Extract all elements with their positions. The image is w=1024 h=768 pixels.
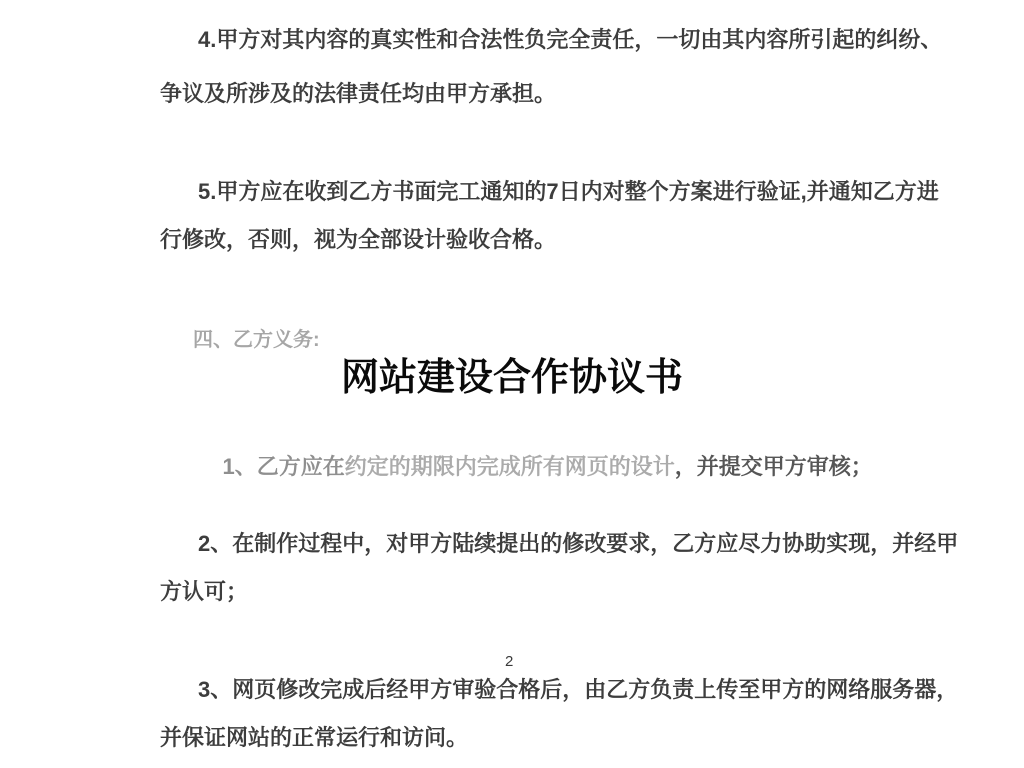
document-title: 网站建设合作协议书 [0, 357, 1024, 401]
item1-part1: 1、乙方应在 [222, 454, 344, 479]
item2-line2: 方认可； [160, 579, 248, 604]
page-number: 2 [505, 654, 513, 671]
clause4-line1: 4.甲方对其内容的真实性和合法性负完全责任，一切由其内容所引起的纠纷、 [160, 27, 942, 52]
item1-part2: 约定的期限内完成所有网页的设计 [345, 454, 675, 479]
item1-part3: ，并提交甲方审核； [675, 454, 873, 479]
item2-line1: 2、在制作过程中，对甲方陆续提出的修改要求，乙方应尽力协助实现，并经甲 [160, 531, 958, 556]
document-page: 4.甲方对其内容的真实性和合法性负完全责任，一切由其内容所引起的纠纷、 争议及所… [0, 0, 1024, 768]
item1-line: 1、乙方应在约定的期限内完成所有网页的设计，并提交甲方审核； [160, 429, 873, 505]
item3-line1: 3、网页修改完成后经甲方审验合格后，由乙方负责上传至甲方的网络服务器， [160, 677, 958, 702]
clause4-line2: 争议及所涉及的法律责任均由甲方承担。 [160, 81, 556, 106]
section-heading-partyb-obligations: 四、乙方义务: [193, 329, 320, 352]
clause5-line1: 5.甲方应在收到乙方书面完工通知的7日内对整个方案进行验证,并通知乙方进 [160, 179, 939, 204]
clause5-line2: 行修改，否则，视为全部设计验收合格。 [160, 227, 556, 252]
item3-line2: 并保证网站的正常运行和访问。 [160, 725, 468, 750]
